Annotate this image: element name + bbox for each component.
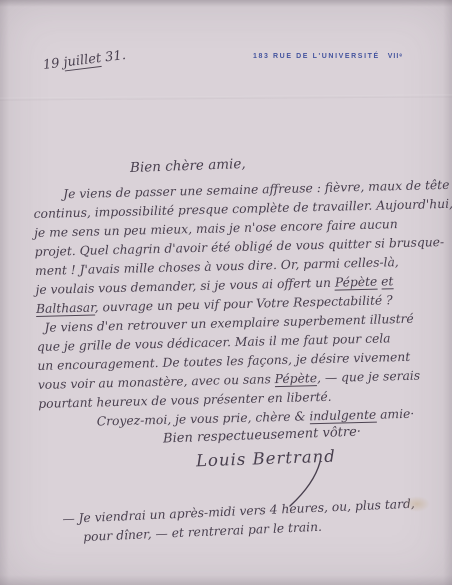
underlined-text: Pépète bbox=[275, 371, 318, 387]
underlined-text: Balthasar bbox=[36, 301, 95, 317]
text-segment: 31. bbox=[100, 48, 126, 66]
paper-stain bbox=[404, 496, 430, 512]
underlined-text: indulgente bbox=[309, 408, 376, 425]
underlined-text: et bbox=[381, 274, 394, 289]
letterhead: 183 RUE DE L'UNIVERSITÉVIIᵉ bbox=[253, 53, 403, 60]
text-segment: , — que je serais bbox=[317, 369, 420, 386]
letterhead-address: 183 RUE DE L'UNIVERSITÉ bbox=[253, 53, 380, 60]
underlined-text: juillet bbox=[63, 51, 102, 71]
text-segment: vous voir au monastère, avec ou sans bbox=[38, 372, 275, 392]
letterhead-district: VIIᵉ bbox=[388, 53, 403, 60]
underlined-text: Pépète bbox=[335, 275, 378, 291]
postscript: — Je viendrai un après-midi vers 4 heure… bbox=[62, 494, 423, 548]
text-segment: amie· bbox=[376, 407, 414, 422]
letter-body: Je viens de passer une semaine affreuse … bbox=[33, 176, 445, 433]
text-segment: Croyez-moi, je vous prie, chère & bbox=[97, 409, 310, 428]
salutation: Bien chère amie, bbox=[130, 156, 246, 176]
text-segment: 19 bbox=[42, 56, 64, 73]
date-line: 19 juillet 31. bbox=[42, 48, 127, 73]
paper-crease bbox=[0, 94, 452, 100]
letter-scan: 183 RUE DE L'UNIVERSITÉVIIᵉ 19 juillet 3… bbox=[0, 0, 452, 585]
